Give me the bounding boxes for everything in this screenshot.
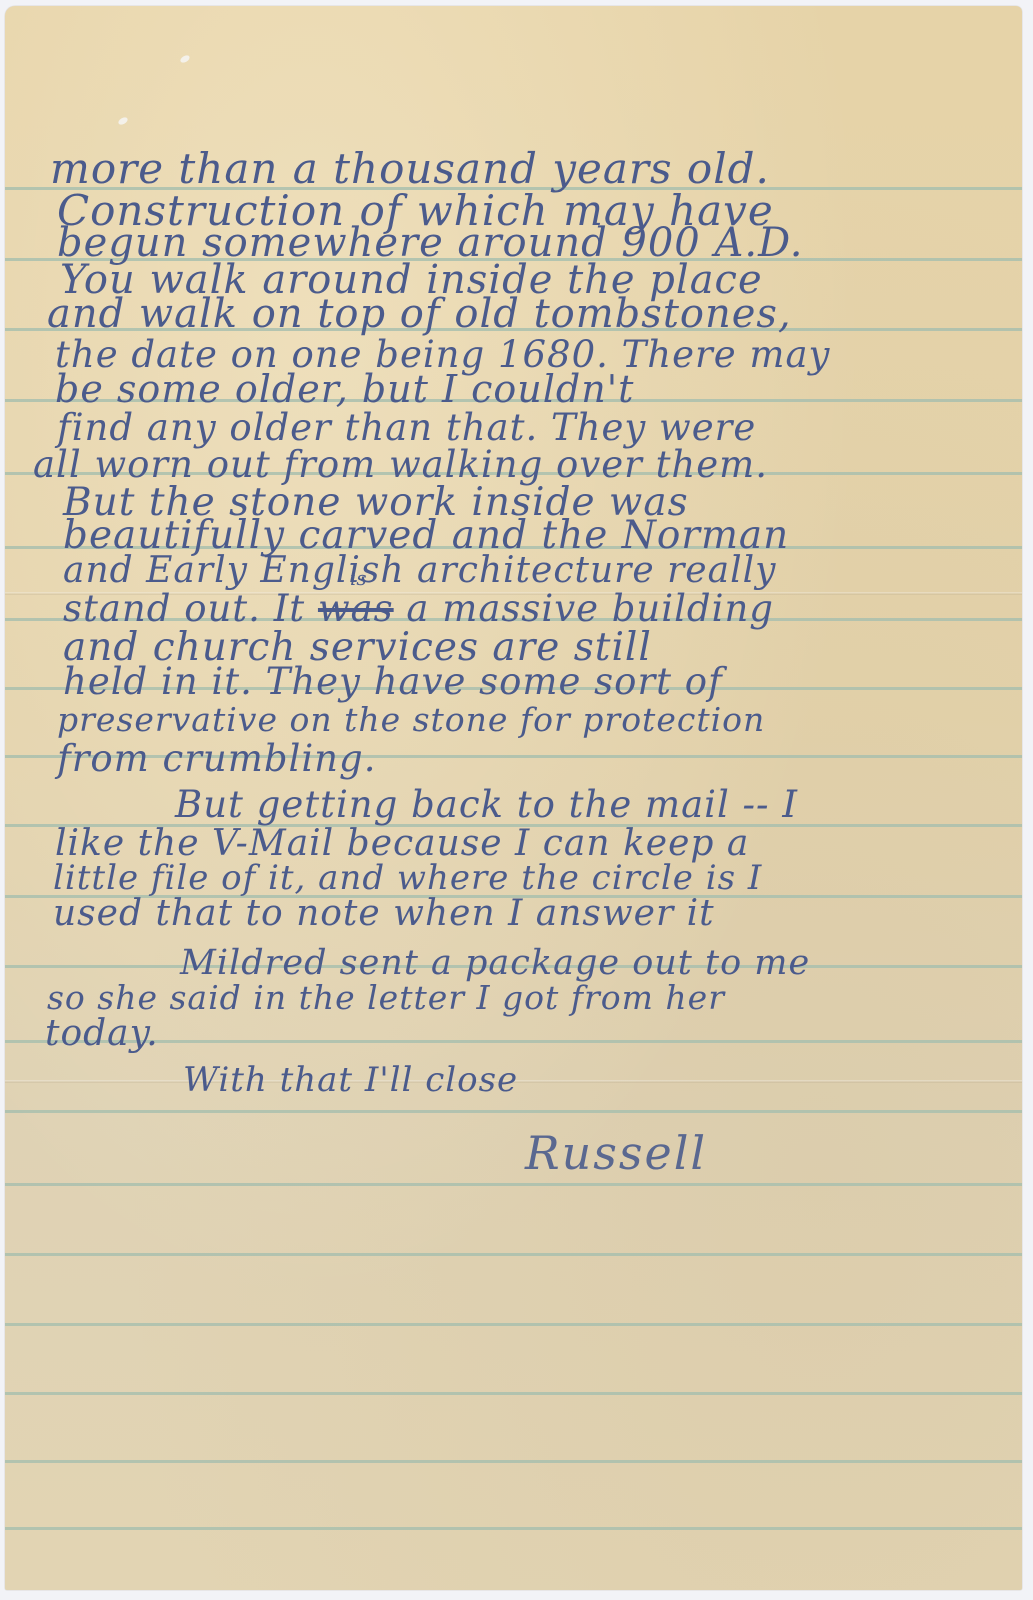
letter-line: used that to note when I answer it — [53, 896, 715, 932]
handwritten-text: more than a thousand years old. Construc… — [5, 6, 1022, 1590]
letter-line: today. — [45, 1016, 159, 1052]
letter-line: find any older than that. They were — [57, 409, 756, 446]
letter-line: so she said in the letter I got from her — [47, 981, 725, 1014]
letter-line: more than a thousand years old. — [50, 148, 770, 190]
letter-line: all worn out from walking over them. — [33, 446, 768, 483]
letter-line: little file of it, and where the circle … — [53, 861, 762, 895]
signature: Russell — [525, 1126, 707, 1180]
letter-line: be some older, but I couldn't — [55, 370, 634, 408]
letter-page: more than a thousand years old. Construc… — [5, 6, 1022, 1590]
inserted-word: is — [350, 566, 367, 590]
letter-line: stand out. It was a massive building — [63, 590, 774, 627]
letter-line: preservative on the stone for protection — [57, 703, 765, 736]
letter-text: a massive building — [394, 587, 774, 630]
struck-word: was — [318, 587, 394, 630]
letter-line: from crumbling. — [57, 740, 376, 777]
letter-line: held in it. They have some sort of — [63, 663, 723, 700]
letter-line: and Early English architecture really — [63, 553, 776, 589]
letter-text: stand out. It — [63, 587, 318, 630]
letter-line: Mildred sent a package out to me — [180, 946, 810, 981]
letter-line: like the V-Mail because I can keep a — [55, 826, 749, 862]
letter-line: and walk on top of old tombstones, — [47, 294, 792, 334]
letter-line: With that I'll close — [183, 1063, 518, 1097]
letter-line: But getting back to the mail -- I — [175, 786, 798, 823]
